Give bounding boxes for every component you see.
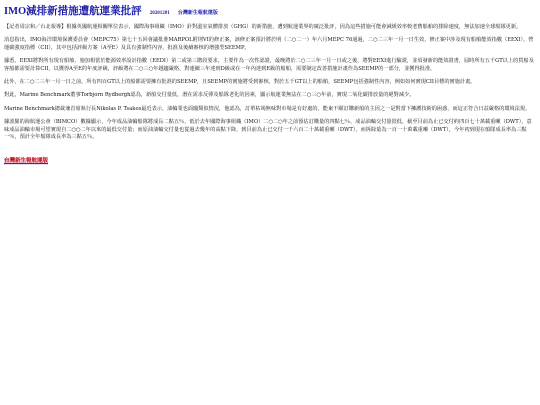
article-paragraph-6: Marine Benchmark總裁兼首席執行長Nikolas P. Tsako… <box>4 106 536 113</box>
article-paragraph-2: 消息指出，IMO海洋環境保護委員會（MEPC75）第七十五回會議批准MARPOL… <box>4 37 536 52</box>
article-paragraph-3: 據悉，EEXI將對所有現有船舶，施加相當於能源效率設計指數（EEDI）第二或第三… <box>4 58 536 73</box>
article-page: IMO減排新措施遭航運業批評 20201201 台灣新生報航運版 【記者周宗和／… <box>0 0 540 166</box>
article-paragraph-5: 對此，Marine Benchmark董事Torbjorn Rydbergh認為… <box>4 92 536 99</box>
source-link[interactable]: 台灣新生報航運版 <box>4 158 48 165</box>
article-paragraph-1: 【記者周宗和／台北報導】根據英國航運相關單位表示，國際海事組織（IMO）針對溫室… <box>4 24 536 31</box>
article-header: IMO減排新措施遭航運業批評 20201201 台灣新生報航運版 <box>4 3 536 20</box>
article-paragraph-4: 此外，在二○二三年一月一日之前，所有四百GT以上的船都需要擁有批准的SEEMP，… <box>4 79 536 86</box>
article-source-header: 台灣新生報航運版 <box>178 11 218 16</box>
article-date: 20201201 <box>150 11 170 16</box>
article-paragraph-7: 據波羅的海航運公會（BIMCO）數據顯示，今年成品油輪船隊將成長二點五％，低於去… <box>4 119 536 141</box>
article-title: IMO減排新措施遭航運業批評 <box>4 6 142 17</box>
